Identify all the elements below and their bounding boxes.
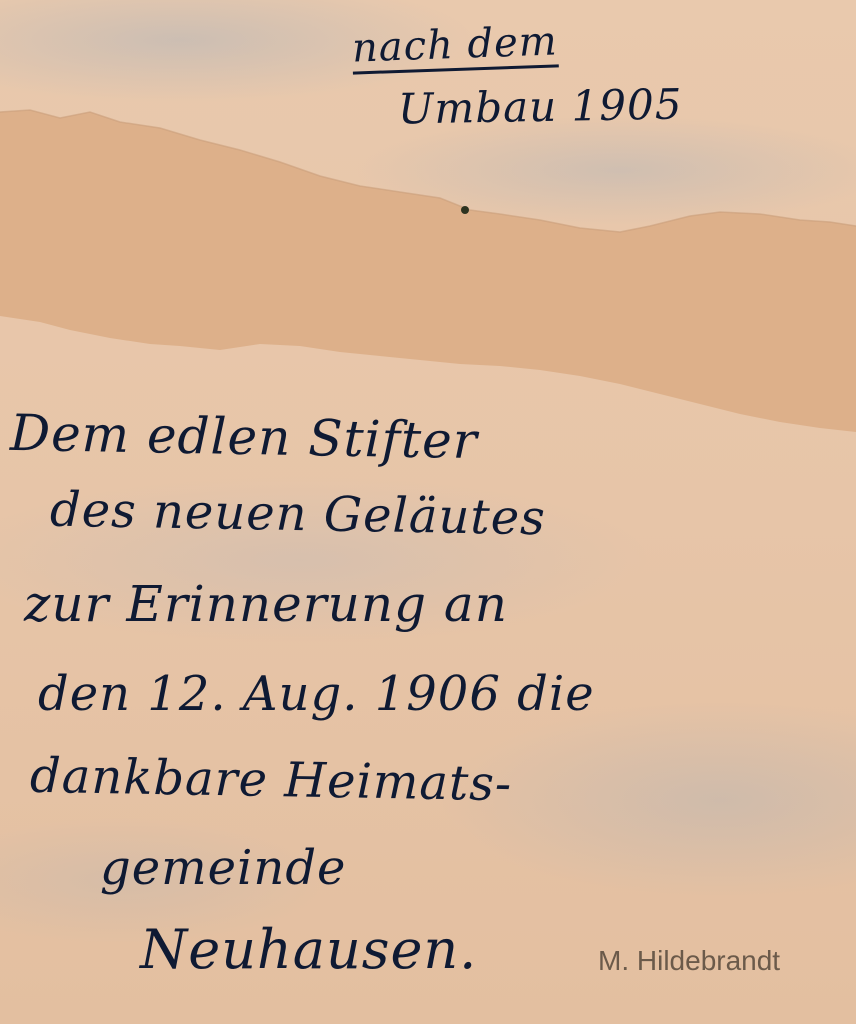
dedication-line-4: den 12. Aug. 1906 die <box>38 666 595 722</box>
dedication-line-5: dankbare Heimats- <box>30 748 513 812</box>
top-note-line-2: Umbau 1905 <box>398 80 683 134</box>
top-note-line-1: nach dem <box>351 18 558 71</box>
dedication-line-1: Dem edlen Stifter <box>10 404 479 470</box>
watermark-credit: M. Hildebrandt <box>598 945 780 977</box>
dedication-line-6: gemeinde <box>100 840 346 896</box>
dedication-line-3: zur Erinnerung an <box>24 575 508 633</box>
dedication-line-2: des neuen Geläutes <box>50 482 547 547</box>
dedication-signature: Neuhausen. <box>140 918 477 981</box>
top-note-underlined-text: nach dem <box>351 18 558 74</box>
